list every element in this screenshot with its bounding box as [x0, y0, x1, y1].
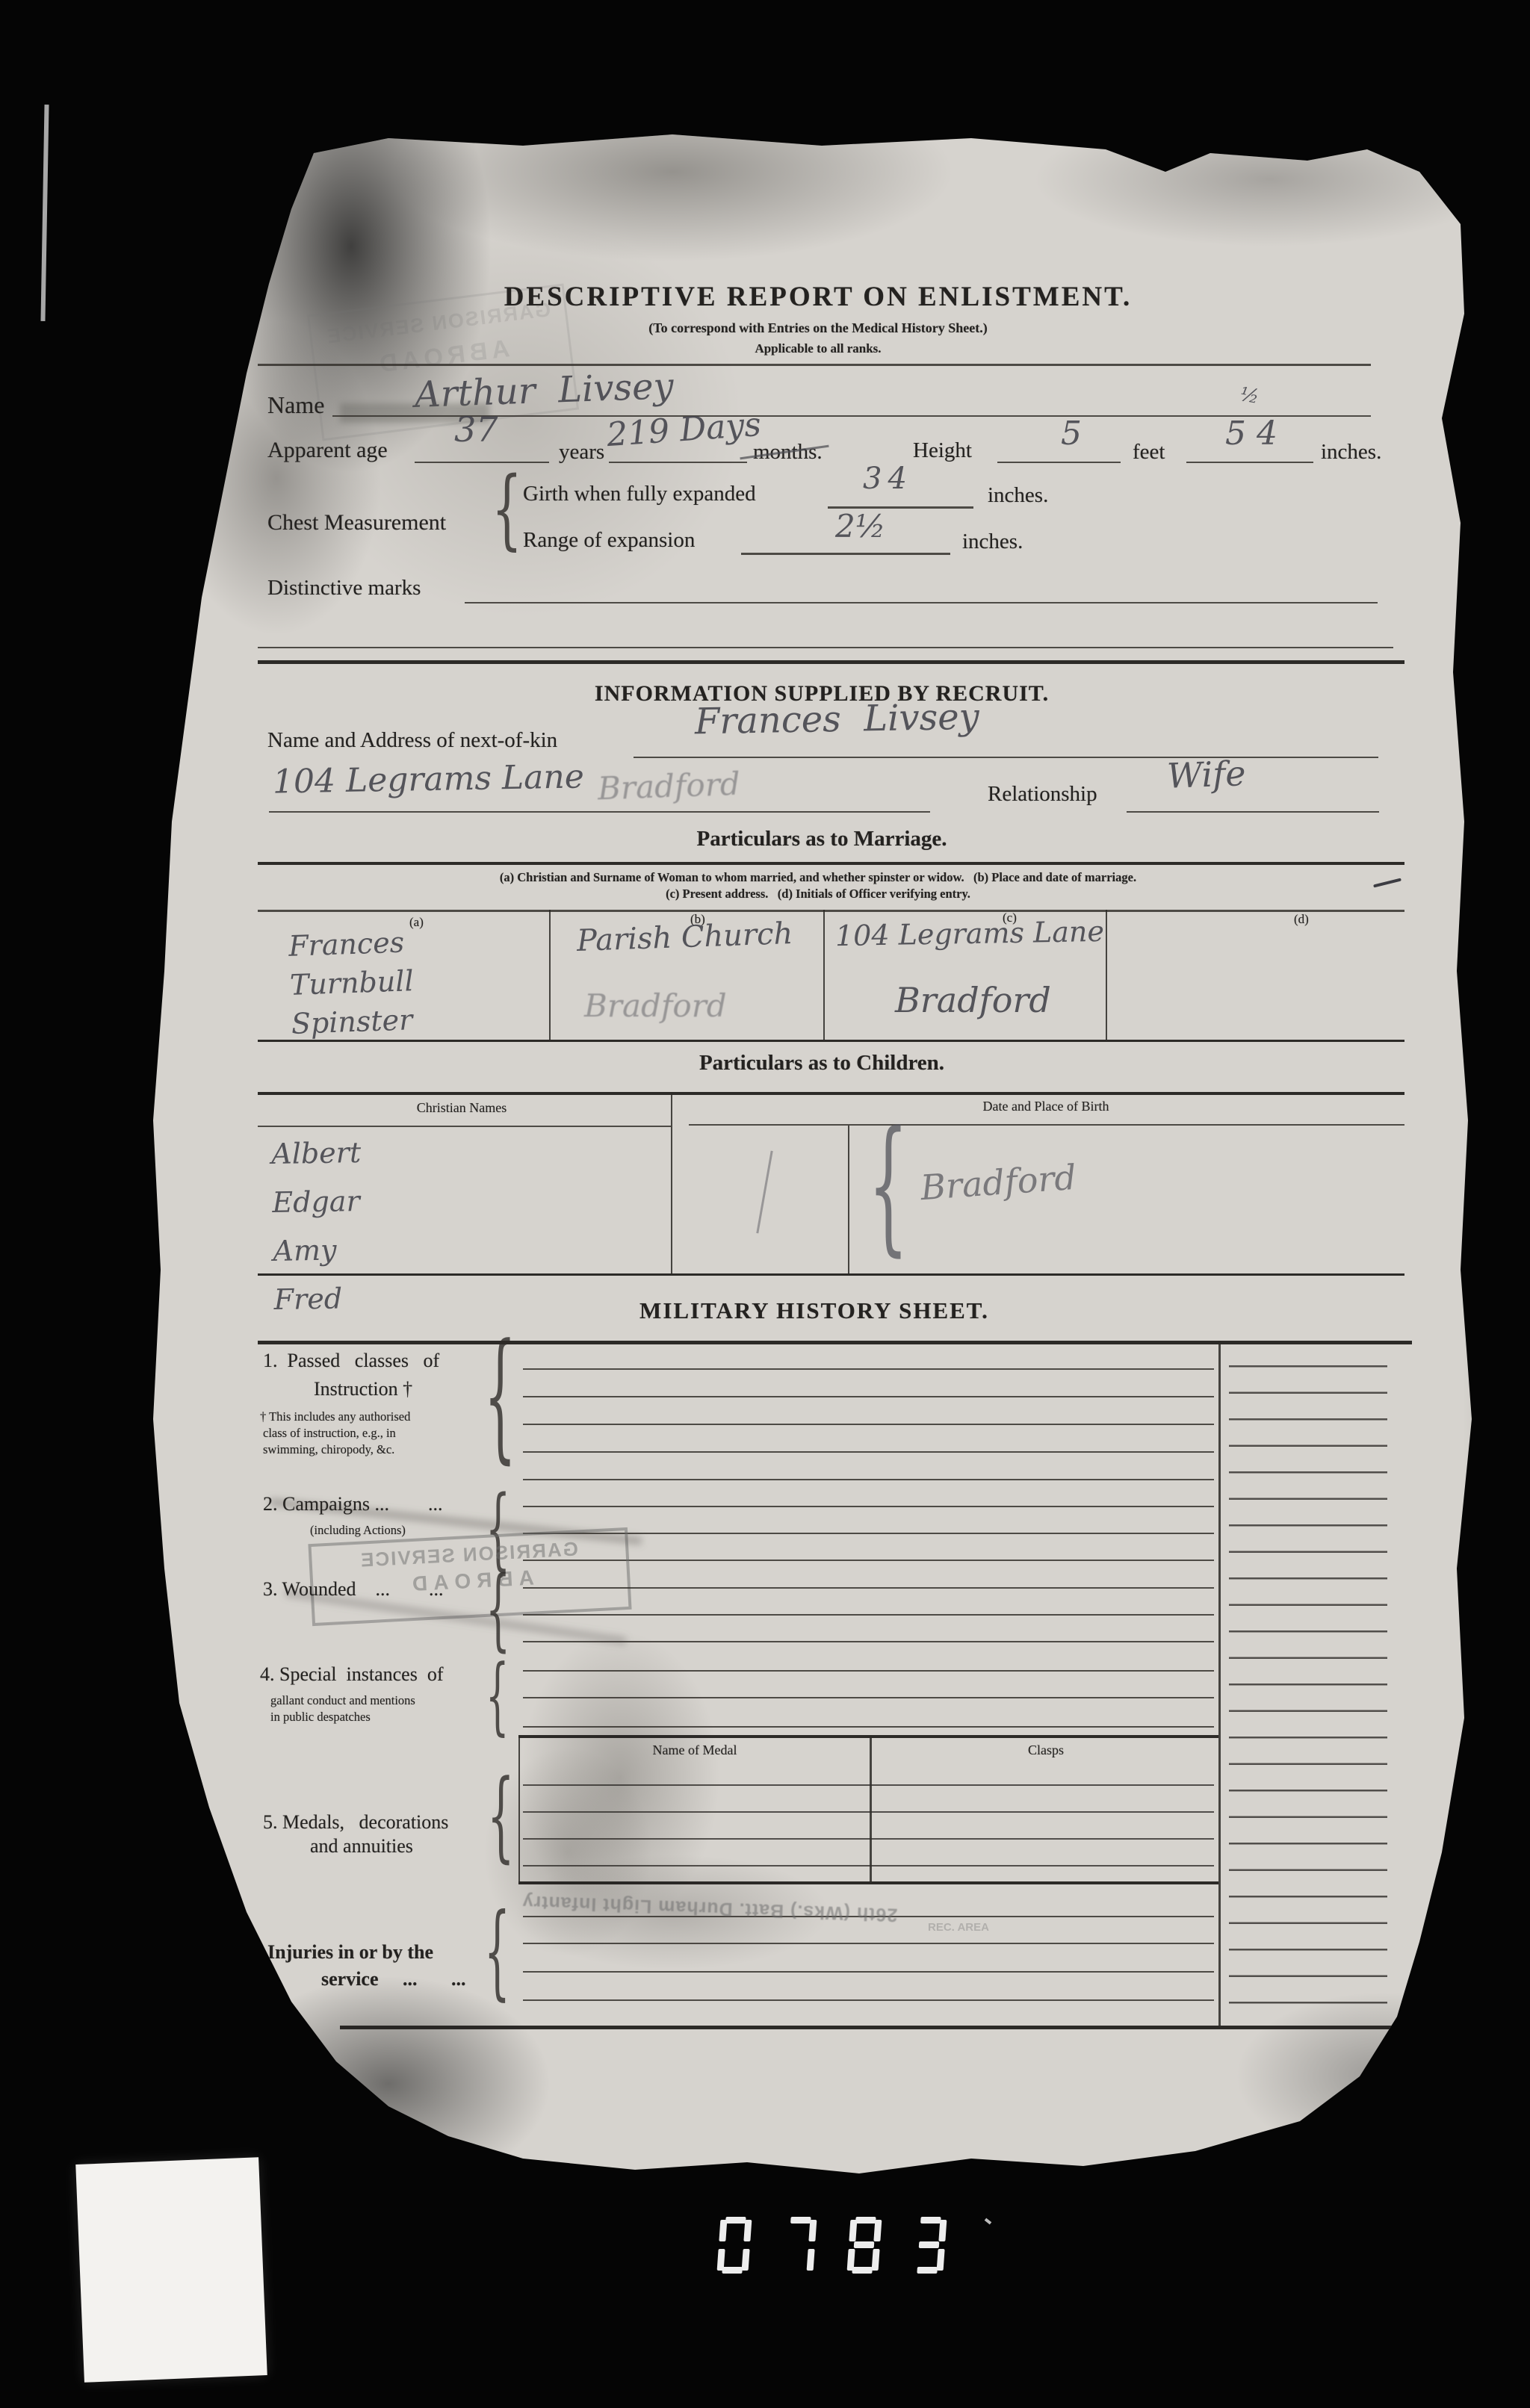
entry-line	[523, 1971, 1214, 1973]
medal-table-left	[518, 1735, 520, 1881]
serial-digit	[911, 2217, 947, 2274]
entry-line	[523, 1396, 1214, 1397]
nok-name-value: Frances Livsey	[695, 696, 980, 743]
item4-label: 4. Special instances of	[260, 1664, 444, 1686]
item4-note2: in public despatches	[270, 1710, 371, 1724]
nok-address-value: 104 Legrams Lane	[273, 757, 585, 801]
marriage-col-b-place: Parish Church	[576, 916, 793, 958]
segment	[742, 2249, 750, 2271]
marriage-top-rule	[258, 862, 1404, 865]
height-feet-value: 5	[1061, 415, 1082, 453]
serial-digit	[781, 2217, 817, 2274]
segment	[849, 2220, 857, 2241]
range-underline	[741, 553, 950, 555]
scan-speck	[985, 2218, 992, 2225]
segment	[852, 2267, 873, 2274]
list-item: Amy	[273, 1226, 363, 1276]
serial-digit	[716, 2217, 752, 2274]
list-item: Turnbull	[289, 961, 414, 1005]
children-bottom-rule	[258, 1273, 1404, 1276]
list-item: Frances	[288, 922, 412, 966]
serial-number-display	[719, 2217, 973, 2277]
range-label: Range of expansion	[523, 529, 695, 553]
segment	[743, 2220, 752, 2241]
children-top-rule	[258, 1092, 1404, 1095]
segment	[719, 2220, 727, 2241]
feet-label: feet	[1133, 441, 1165, 465]
entry-line	[523, 1451, 1214, 1453]
battalion-stamp: 26th (Wks.) Batt. Durham Light Infantry	[486, 1890, 935, 1927]
marriage-divider	[823, 910, 825, 1040]
entry-line	[523, 1670, 1214, 1672]
military-bottom-rule	[340, 2026, 1416, 2029]
distinctive-marks-label: Distinctive marks	[267, 577, 421, 601]
segment	[920, 2217, 941, 2224]
segment	[917, 2267, 938, 2274]
children-divider	[671, 1092, 672, 1273]
height-label: Height	[913, 439, 972, 463]
entry-line	[523, 1999, 1214, 2001]
relationship-value: Wife	[1166, 753, 1246, 796]
segment	[808, 2220, 817, 2241]
girth-label: Girth when fully expanded	[523, 482, 756, 506]
relationship-underline	[1127, 811, 1379, 813]
item2-note: (including Actions)	[310, 1524, 406, 1537]
children-names: AlbertEdgarAmyFred	[271, 1129, 364, 1324]
item1-label: 1. Passed classes of	[263, 1350, 439, 1372]
form-page: GARRISON SERVICE ABROAD DESCRIPTIVE REPO…	[0, 0, 1530, 2408]
segment	[722, 2267, 743, 2274]
segment	[873, 2220, 882, 2241]
children-header-rule	[689, 1124, 1404, 1126]
age-months-value: 219 Days	[605, 406, 762, 454]
entry-line	[523, 1943, 1214, 1944]
marriage-col-c-address: 104 Legrams Lane	[835, 915, 1105, 952]
chest-label: Chest Measurement	[267, 510, 446, 535]
rec-area-stamp: REC. AREA	[928, 1921, 989, 1934]
range-unit: inches.	[962, 530, 1023, 554]
item4-note1: gallant conduct and mentions	[270, 1694, 415, 1707]
age-underline	[415, 462, 549, 463]
scan-edge-sliver	[40, 105, 49, 321]
medal-table-divider	[870, 1735, 872, 1881]
inches-label: inches.	[1321, 441, 1381, 465]
item1-label2: Instruction †	[314, 1379, 412, 1400]
children-col1-header: Christian Names	[417, 1101, 507, 1116]
segment	[790, 2217, 811, 2224]
segment	[725, 2217, 746, 2224]
divider-line	[258, 647, 1393, 648]
marks-underline	[465, 602, 1378, 603]
marriage-col-a-entries: FrancesTurnbullSpinster	[288, 922, 415, 1043]
pencil-stroke	[756, 1151, 772, 1234]
item3-brace: {	[486, 1558, 510, 1661]
item1-note1: † This includes any authorised	[260, 1410, 410, 1424]
months-underline	[609, 462, 747, 463]
segment	[854, 2241, 875, 2248]
item2-label: 2. Campaigns ... ...	[263, 1494, 443, 1515]
scanned-enlistment-form: GARRISON SERVICE ABROAD DESCRIPTIVE REPO…	[0, 0, 1530, 2408]
entry-line	[523, 1614, 1214, 1616]
pencil-tick	[1373, 878, 1402, 887]
girth-value: 34	[863, 462, 913, 496]
height-inches-correction: ½	[1239, 383, 1261, 409]
children-col2-header: Date and Place of Birth	[983, 1099, 1109, 1114]
children-header-rule	[258, 1126, 671, 1127]
list-item: Edgar	[272, 1177, 362, 1227]
serial-digit	[846, 2217, 882, 2274]
range-value: 2½	[835, 508, 885, 544]
item5-label: 5. Medals, decorations	[263, 1812, 448, 1834]
item5-brace: {	[487, 1759, 515, 1873]
garrison-service-stamp: GARRISON SERVICE ABROAD	[308, 1527, 631, 1626]
marriage-header-rule	[258, 910, 1404, 912]
years-label: years	[559, 441, 604, 465]
marriage-divider	[549, 910, 551, 1040]
marriage-divider	[1106, 910, 1107, 1040]
name-value: Arthur Livsey	[414, 365, 674, 416]
list-item: Albert	[271, 1129, 362, 1179]
segment	[807, 2249, 815, 2271]
item6-brace: {	[484, 1891, 510, 2011]
apparent-age-label: Apparent age	[267, 438, 388, 462]
item1-note2: class of instruction, e.g., in	[263, 1427, 396, 1440]
relationship-label: Relationship	[988, 783, 1097, 807]
military-right-column-lines	[1229, 1341, 1387, 2017]
entry-line	[523, 1368, 1214, 1370]
medal-table-bottom	[518, 1881, 1218, 1884]
medal-clasps-header: Clasps	[1028, 1743, 1064, 1758]
entry-line	[523, 1641, 1214, 1642]
item5-label2: and annuities	[310, 1836, 413, 1858]
marriage-note-1: (a) Christian and Surname of Woman to wh…	[500, 871, 1136, 884]
item6-label2: service ... ...	[321, 1969, 466, 1990]
children-hand-brace: {	[868, 1100, 908, 1270]
marriage-bottom-rule	[258, 1040, 1404, 1042]
inches-underline	[1186, 462, 1313, 463]
blank-white-card	[75, 2157, 267, 2383]
entry-line	[523, 1424, 1214, 1425]
segment	[855, 2217, 876, 2224]
item6-label: Injuries in or by the	[267, 1942, 433, 1964]
height-inches-value: 5 4	[1225, 415, 1277, 453]
medal-name-header: Name of Medal	[653, 1743, 737, 1758]
form-subtitle2: Applicable to all ranks.	[755, 342, 881, 356]
age-value: 37	[454, 409, 498, 450]
entry-line	[523, 1726, 1214, 1728]
form-subtitle: (To correspond with Entries on the Medic…	[648, 321, 987, 336]
name-label: Name	[267, 392, 324, 418]
children-heading: Particulars as to Children.	[699, 1052, 944, 1076]
medal-table-top	[518, 1735, 1218, 1738]
form-title: DESCRIPTIVE REPORT ON ENLISTMENT.	[504, 282, 1133, 313]
girth-unit: inches.	[988, 484, 1048, 508]
nok-underline	[634, 757, 1378, 758]
segment	[919, 2241, 940, 2248]
item1-brace: {	[484, 1315, 516, 1477]
segment	[938, 2220, 947, 2241]
feet-underline	[997, 462, 1121, 463]
entry-line	[523, 1479, 1214, 1480]
address-underline	[269, 811, 930, 813]
children-birthplace: Bradford	[919, 1157, 1077, 1208]
marriage-heading: Particulars as to Marriage.	[696, 828, 947, 851]
military-right-divider	[1218, 1341, 1221, 2026]
item4-brace: {	[486, 1647, 509, 1745]
marriage-note-2: (c) Present address. (d) Initials of Off…	[666, 887, 970, 901]
ruled-line	[258, 364, 1371, 366]
list-item: Spinster	[291, 1000, 415, 1043]
item1-note3: swimming, chiropody, &c.	[263, 1443, 394, 1456]
entry-line	[523, 1587, 1214, 1589]
medal-table-row-lines	[523, 1759, 1214, 1871]
nok-city-value: Bradford	[597, 766, 740, 807]
nok-label: Name and Address of next-of-kin	[267, 729, 557, 753]
chest-brace: {	[492, 459, 522, 560]
entry-line	[523, 1506, 1214, 1507]
segment	[872, 2249, 880, 2271]
entry-line	[523, 1697, 1214, 1698]
military-top-rule	[258, 1341, 1412, 1344]
marriage-col-b-city: Bradford	[584, 987, 727, 1024]
item3-label: 3. Wounded ... ...	[263, 1579, 444, 1601]
divider-line-thick	[258, 660, 1404, 664]
months-label: months.	[753, 441, 823, 465]
segment	[937, 2249, 945, 2271]
marriage-col-c-city: Bradford	[895, 980, 1051, 1020]
children-divider	[848, 1126, 849, 1273]
military-heading: MILITARY HISTORY SHEET.	[639, 1298, 989, 1324]
col-d-label: (d)	[1294, 913, 1309, 927]
list-item: Fred	[273, 1274, 364, 1324]
